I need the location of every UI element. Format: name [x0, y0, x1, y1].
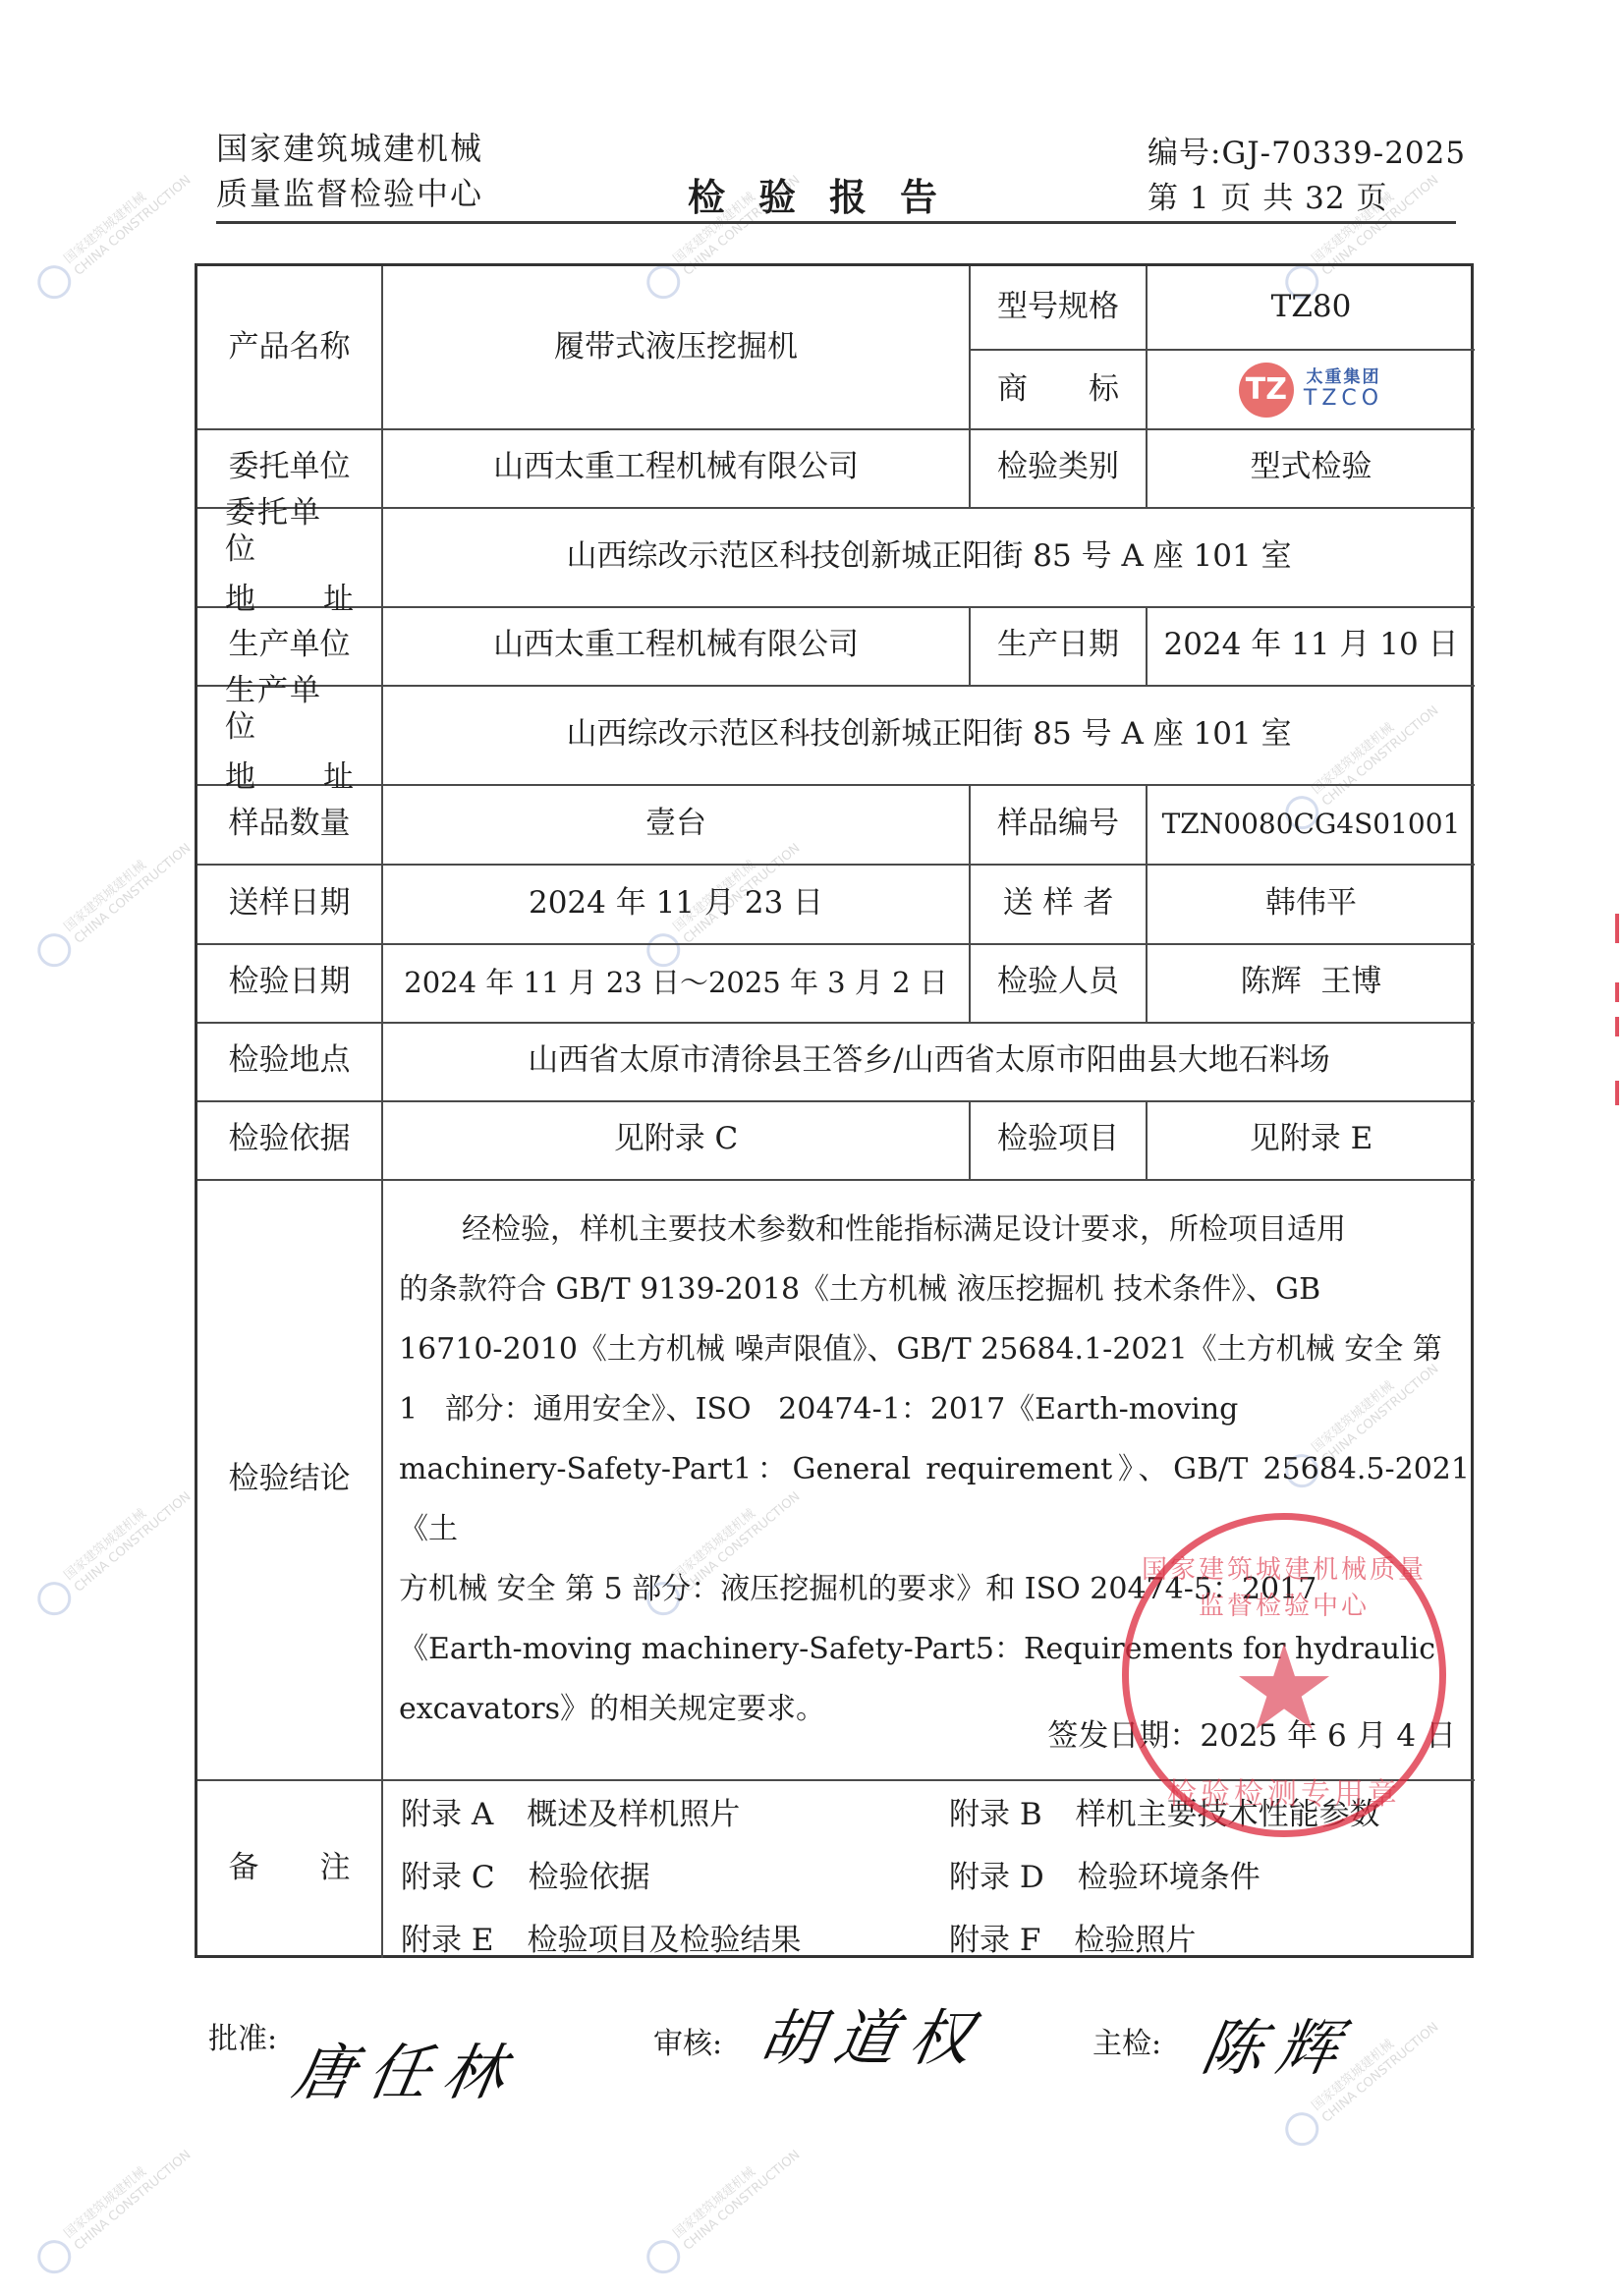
- client-address-label: 委托单位 地址: [197, 507, 381, 606]
- report-number: 编号:GJ-70339-2025: [1148, 128, 1466, 172]
- approve-label: 批准:: [208, 2014, 277, 2057]
- remark-item: 附录 E检验项目及检验结果: [401, 1915, 801, 1959]
- production-date-label: 生产日期: [971, 606, 1146, 685]
- delivery-date-value: 2024 年 11 月 23 日: [383, 864, 969, 943]
- chief-inspector-signature: 陈辉: [1196, 1999, 1361, 2087]
- watermark-icon: 国家建筑城建机械CHINA CONSTRUCTION: [640, 2135, 804, 2280]
- inspection-date-value: 2024 年 11 月 23 日～2025 年 3 月 2 日: [383, 943, 969, 1022]
- watermark-icon: 国家建筑城建机械CHINA CONSTRUCTION: [30, 2135, 195, 2280]
- edge-seal-mark: [1615, 1081, 1619, 1105]
- client-address-value: 山西综改示范区科技创新城正阳街 85 号 A 座 101 室: [383, 507, 1475, 606]
- trademark-value: TZ 太重集团 TZCO: [1148, 351, 1475, 428]
- report-number-label: 编号:: [1148, 136, 1221, 171]
- remark-item: 附录 B样机主要技术性能参数: [949, 1789, 1380, 1833]
- issue-date: 签发日期：2025 年 6 月 4 日: [1047, 1710, 1456, 1755]
- approve-signature: 唐任林: [287, 2024, 527, 2111]
- watermark-icon: 国家建筑城建机械CHINA CONSTRUCTION: [30, 828, 195, 974]
- divider: [197, 1779, 1475, 1781]
- inspection-date-label: 检验日期: [197, 943, 381, 1022]
- report-table: 产品名称 履带式液压挖掘机 型号规格 TZ80 商 标 TZ 太重集团 TZCO…: [195, 263, 1474, 1958]
- edge-seal-mark: [1615, 982, 1619, 1002]
- remarks-label: 备 注: [197, 1779, 381, 1958]
- remark-item: 附录 C检验依据: [401, 1852, 650, 1896]
- sample-qty-value: 壹台: [383, 784, 969, 864]
- product-name-value: 履带式液压挖掘机: [383, 266, 969, 428]
- edge-seal-mark: [1615, 914, 1619, 943]
- org-name-line2: 质量监督检验中心: [216, 169, 483, 214]
- product-name-label: 产品名称: [197, 266, 381, 428]
- model-value: TZ80: [1148, 266, 1475, 349]
- page-info: 第 1 页 共 32 页: [1148, 173, 1387, 217]
- client-value: 山西太重工程机械有限公司: [383, 428, 969, 507]
- sender-label: 送 样 者: [971, 864, 1146, 943]
- chief-inspector-label: 主检:: [1092, 2019, 1161, 2062]
- production-date-value: 2024 年 11 月 10 日: [1148, 606, 1475, 685]
- inspectors-value: 陈辉 王博: [1148, 943, 1475, 1022]
- items-label: 检验项目: [971, 1100, 1146, 1179]
- remark-item: 附录 A概述及样机照片: [401, 1789, 740, 1833]
- conclusion-label: 检验结论: [197, 1179, 381, 1779]
- delivery-date-label: 送样日期: [197, 864, 381, 943]
- edge-seal-mark: [1615, 1017, 1619, 1036]
- manufacturer-value: 山西太重工程机械有限公司: [383, 606, 969, 685]
- tz-logo-icon: TZ 太重集团 TZCO: [1239, 363, 1383, 418]
- review-label: 审核:: [653, 2019, 722, 2062]
- inspection-type-label: 检验类别: [971, 428, 1146, 507]
- sample-no-value: TZN0080CG4S01001: [1148, 784, 1475, 864]
- location-label: 检验地点: [197, 1022, 381, 1100]
- sample-no-label: 样品编号: [971, 784, 1146, 864]
- divider: [197, 1179, 1475, 1181]
- conclusion-text: 经检验，样机主要技术参数和性能指标满足设计要求，所检项目适用 的条款符合 GB/…: [399, 1200, 1470, 1739]
- basis-value: 见附录 C: [383, 1100, 969, 1179]
- remark-item: 附录 D检验环境条件: [949, 1852, 1260, 1896]
- tz-logo-circle: TZ: [1239, 363, 1294, 418]
- watermark-icon: 国家建筑城建机械CHINA CONSTRUCTION: [30, 1477, 195, 1622]
- items-value: 见附录 E: [1148, 1100, 1475, 1179]
- manufacturer-address-value: 山西综改示范区科技创新城正阳街 85 号 A 座 101 室: [383, 685, 1475, 784]
- watermark-icon: 国家建筑城建机械CHINA CONSTRUCTION: [30, 160, 195, 306]
- org-name-line1: 国家建筑城建机械: [216, 124, 483, 169]
- inspectors-label: 检验人员: [971, 943, 1146, 1022]
- header-divider: [216, 221, 1456, 224]
- manufacturer-address-label: 生产单位 地址: [197, 685, 381, 784]
- page-title: 检验报告: [688, 167, 971, 221]
- trademark-label: 商 标: [971, 351, 1146, 428]
- review-signature: 胡道权: [754, 1989, 993, 2077]
- remark-item: 附录 F检验照片: [949, 1915, 1196, 1959]
- inspection-type-value: 型式检验: [1148, 428, 1475, 507]
- basis-label: 检验依据: [197, 1100, 381, 1179]
- sample-qty-label: 样品数量: [197, 784, 381, 864]
- model-label: 型号规格: [971, 266, 1146, 349]
- sender-value: 韩伟平: [1148, 864, 1475, 943]
- logo-text-cn: 太重集团: [1304, 369, 1383, 387]
- location-value: 山西省太原市清徐县王答乡/山西省太原市阳曲县大地石料场: [383, 1022, 1475, 1100]
- report-number-value: GJ-70339-2025: [1221, 136, 1466, 171]
- logo-text-en: TZCO: [1304, 387, 1383, 410]
